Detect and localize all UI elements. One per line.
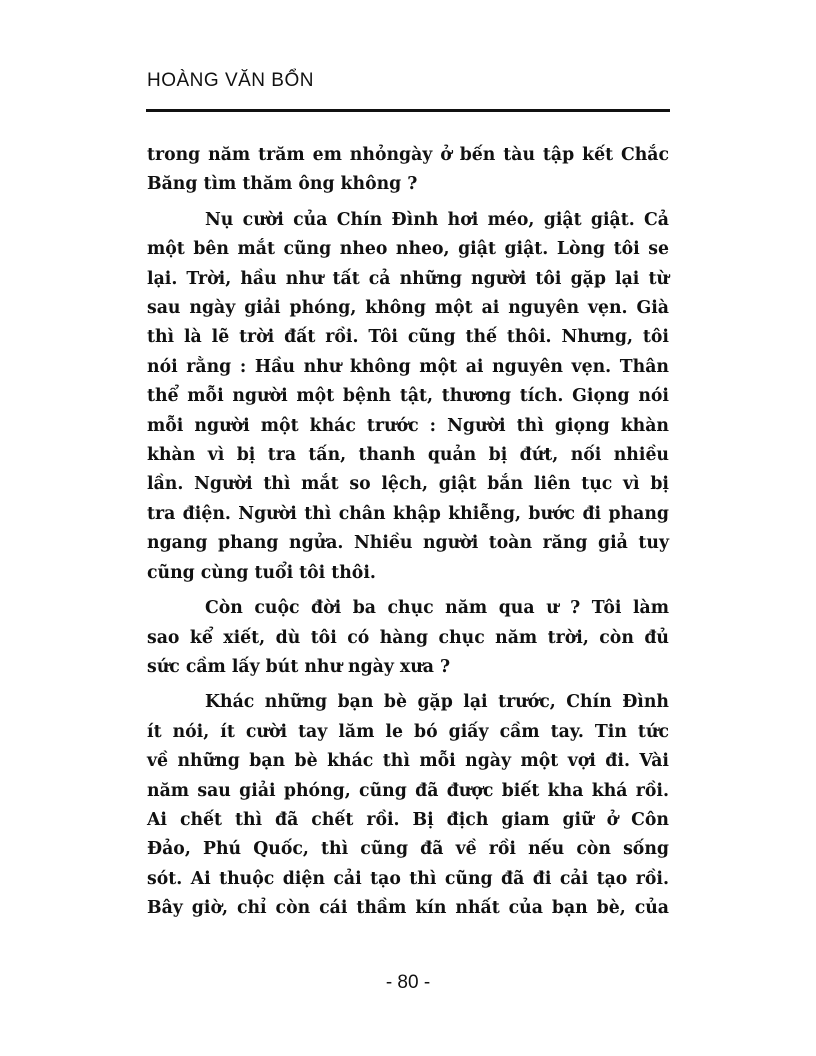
text-line: trong năm trăm em nhỏngày ở bến tàu tập …: [147, 141, 669, 170]
text-line: sau ngày giải phóng, không một ai nguyên…: [147, 294, 669, 323]
book-page: HOÀNG VĂN BỔN trong năm trăm em nhỏngày …: [0, 0, 816, 1056]
body-text: trong năm trăm em nhỏngày ở bến tàu tập …: [147, 141, 669, 924]
header-divider: [146, 109, 670, 112]
text-line: khàn vì bị tra tấn, thanh quản bị đứt, n…: [147, 441, 669, 470]
text-line: Băng tìm thăm ông không ?: [147, 170, 669, 199]
text-line: ngang phang ngửa. Nhiều người toàn răng …: [147, 529, 669, 558]
text-line: Ai chết thì đã chết rồi. Bị địch giam gi…: [147, 806, 669, 835]
text-line: lần. Người thì mắt so lệch, giật bắn liê…: [147, 470, 669, 499]
text-line: ít nói, ít cười tay lăm le bó giấy cầm t…: [147, 718, 669, 747]
text-line: Còn cuộc đời ba chục năm qua ư ? Tôi làm: [147, 594, 669, 623]
text-line: sót. Ai thuộc diện cải tạo thì cũng đã đ…: [147, 865, 669, 894]
text-line: Khác những bạn bè gặp lại trước, Chín Đì…: [147, 688, 669, 717]
text-line: nói rằng : Hầu như không một ai nguyên v…: [147, 353, 669, 382]
text-line: thì là lẽ trời đất rồi. Tôi cũng thế thô…: [147, 323, 669, 352]
text-line: tra điện. Người thì chân khập khiễng, bư…: [147, 500, 669, 529]
text-line: cũng cùng tuổi tôi thôi.: [147, 559, 669, 588]
text-line: sức cầm lấy bút như ngày xưa ?: [147, 653, 669, 682]
running-header-author: HOÀNG VĂN BỔN: [147, 70, 314, 92]
text-line: sao kể xiết, dù tôi có hàng chục năm trờ…: [147, 624, 669, 653]
text-line: thể mỗi người một bệnh tật, thương tích.…: [147, 382, 669, 411]
text-line: Bây giờ, chỉ còn cái thầm kín nhất của b…: [147, 894, 669, 923]
text-line: năm sau giải phóng, cũng đã được biết kh…: [147, 777, 669, 806]
text-line: về những bạn bè khác thì mỗi ngày một vợ…: [147, 747, 669, 776]
text-line: một bên mắt cũng nheo nheo, giật giật. L…: [147, 235, 669, 264]
text-line: lại. Trời, hầu như tất cả những người tô…: [147, 265, 669, 294]
text-line: mỗi người một khác trước : Người thì giọ…: [147, 412, 669, 441]
page-number: - 80 -: [0, 972, 816, 994]
text-line: Đảo, Phú Quốc, thì cũng đã về rồi nếu cò…: [147, 835, 669, 864]
text-line: Nụ cười của Chín Đình hơi méo, giật giật…: [147, 206, 669, 235]
